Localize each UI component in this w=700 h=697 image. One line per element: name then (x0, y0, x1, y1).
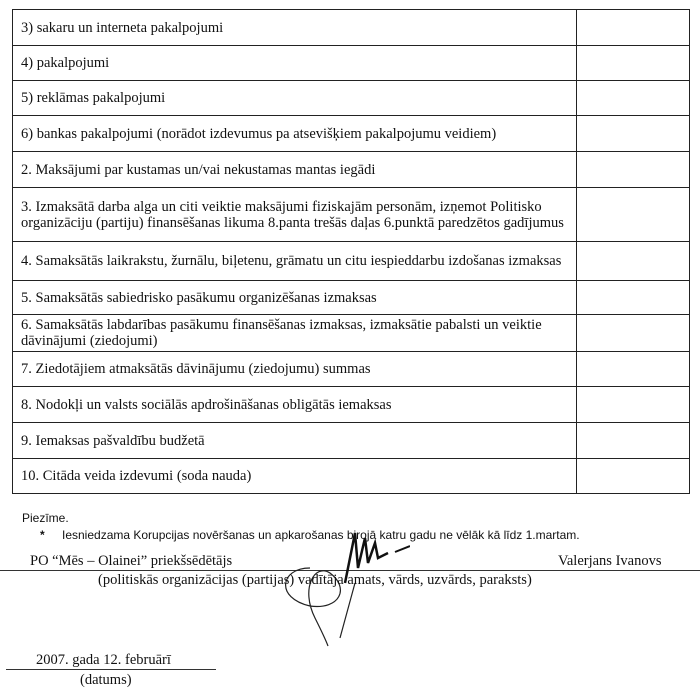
row-label: 2. Maksājumi par kustamas un/vai nekusta… (13, 152, 577, 188)
row-value-cell (577, 152, 690, 188)
table-row: 3) sakaru un interneta pakalpojumi (13, 10, 690, 46)
expenses-table: 3) sakaru un interneta pakalpojumi4) pak… (12, 9, 690, 494)
table-row: 7. Ziedotājiem atmaksātās dāvinājumu (zi… (13, 352, 690, 387)
signature-caption: (politiskās organizācijas (partijas) vad… (98, 572, 532, 589)
signer-name: Valerjans Ivanovs (558, 553, 661, 570)
row-value-cell (577, 188, 690, 242)
row-label: 3. Izmaksātā darba alga un citi veiktie … (13, 188, 577, 242)
signer-role: PO “Mēs – Olainei” priekšsēdētājs (30, 553, 232, 570)
row-value-cell (577, 459, 690, 494)
table-row: 10. Citāda veida izdevumi (soda nauda) (13, 459, 690, 494)
row-label: 6. Samaksātās labdarības pasākumu finans… (13, 315, 577, 352)
date-line: 2007. gada 12. februārī (6, 652, 216, 670)
row-value-cell (577, 423, 690, 459)
row-label: 7. Ziedotājiem atmaksātās dāvinājumu (zi… (13, 352, 577, 387)
row-value-cell (577, 116, 690, 152)
row-label: 8. Nodokļi un valsts sociālās apdrošināš… (13, 387, 577, 423)
row-label: 9. Iemaksas pašvaldību budžetā (13, 423, 577, 459)
row-label: 5. Samaksātās sabiedrisko pasākumu organ… (13, 281, 577, 315)
row-label: 5) reklāmas pakalpojumi (13, 81, 577, 116)
table-row: 8. Nodokļi un valsts sociālās apdrošināš… (13, 387, 690, 423)
row-value-cell (577, 315, 690, 352)
table-row: 5) reklāmas pakalpojumi (13, 81, 690, 116)
row-value-cell (577, 10, 690, 46)
row-value-cell (577, 81, 690, 116)
date-caption: (datums) (80, 672, 132, 689)
row-value-cell (577, 387, 690, 423)
date-value: 2007. gada 12. februārī (36, 652, 171, 669)
table-row: 6. Samaksātās labdarības pasākumu finans… (13, 315, 690, 352)
row-label: 10. Citāda veida izdevumi (soda nauda) (13, 459, 577, 494)
table-row: 6) bankas pakalpojumi (norādot izdevumus… (13, 116, 690, 152)
row-value-cell (577, 281, 690, 315)
row-label: 3) sakaru un interneta pakalpojumi (13, 10, 577, 46)
table-row: 9. Iemaksas pašvaldību budžetā (13, 423, 690, 459)
table-row: 4. Samaksātās laikrakstu, žurnālu, biļet… (13, 242, 690, 281)
row-value-cell (577, 46, 690, 81)
table-row: 2. Maksājumi par kustamas un/vai nekusta… (13, 152, 690, 188)
table-row: 3. Izmaksātā darba alga un citi veiktie … (13, 188, 690, 242)
table-row: 4) pakalpojumi (13, 46, 690, 81)
row-label: 4) pakalpojumi (13, 46, 577, 81)
row-label: 4. Samaksātās laikrakstu, žurnālu, biļet… (13, 242, 577, 281)
note-title: Piezīme. (22, 511, 69, 525)
row-value-cell (577, 352, 690, 387)
row-label: 6) bankas pakalpojumi (norādot izdevumus… (13, 116, 577, 152)
asterisk-marker: * (40, 528, 62, 542)
row-value-cell (577, 242, 690, 281)
table-row: 5. Samaksātās sabiedrisko pasākumu organ… (13, 281, 690, 315)
